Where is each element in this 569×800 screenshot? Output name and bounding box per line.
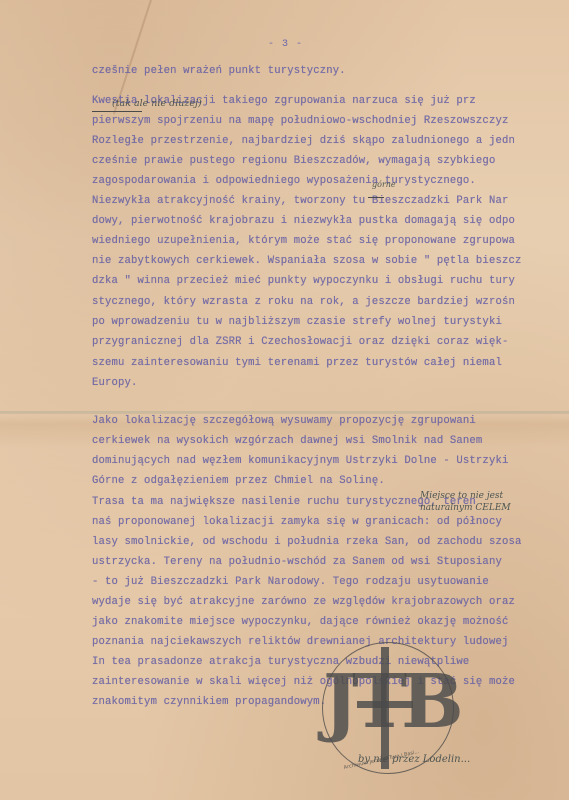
text-line: szemu zainteresowaniu tymi terenami prze… <box>92 357 502 369</box>
text-line: - to już Bieszczadzki Park Narodowy. Teg… <box>92 576 489 588</box>
text-line: zagospodarowania i odpowiedniego wyposaż… <box>92 175 476 187</box>
text-line: Rozległe przestrzenie, najbardziej dziś … <box>92 135 515 147</box>
text-line: dzka " winna przecież mieć punkty wypocz… <box>92 275 515 287</box>
handwritten-note: (tak ale nie dłużej) <box>112 98 202 109</box>
text-line: Jako lokalizację szczegółową wysuwamy pr… <box>92 415 476 427</box>
text-line: cześnie prawie pustego regionu Bieszczad… <box>92 155 495 167</box>
handwritten-underline <box>368 197 384 198</box>
text-line: poznania najciekawszych reliktów drewnia… <box>92 636 508 648</box>
text-line: pierwszym spojrzeniu na mapę południowo-… <box>92 115 508 127</box>
handwritten-underline <box>92 111 142 112</box>
text-line: po wprowadzeniu tu w najbliższym czasie … <box>92 316 502 328</box>
text-line: stycznego, który wzrasta z roku na rok, … <box>92 296 515 308</box>
text-line: Górne z odgałęzieniem przez Chmiel na So… <box>92 475 385 487</box>
handwritten-note: górne <box>372 180 396 189</box>
handwritten-note: Miejsce to nie jest <box>420 491 503 501</box>
page-number: - 3 - <box>268 39 303 50</box>
text-line: Europy. <box>92 377 138 389</box>
text-line: czešnie pełen wrażeń punkt turystyczny. <box>92 65 346 77</box>
text-line: cerkiewek na wysokich wzgórzach dawnej w… <box>92 435 482 447</box>
text-line: naś proponowanej lokalizacji zamyka się … <box>92 516 502 528</box>
text-line: Trasa ta ma największe nasilenie ruchu t… <box>92 496 476 508</box>
text-line: wydaje się być atrakcyjne zarówno ze wzg… <box>92 596 515 608</box>
text-line: wiedniego uzupełnienia, którym może stać… <box>92 235 515 247</box>
text-line: dowy, pierwotność krajobrazu i niezwykła… <box>92 215 515 227</box>
text-line: ustrzycka. Tereny na południo-wschód za … <box>92 556 502 568</box>
stamp-monogram: JTB <box>323 665 453 739</box>
text-line: znakomitym czynnikiem propagandowym. <box>92 696 326 708</box>
text-line: przygranicznej dla ZSRR i Czechosłowacji… <box>92 336 508 348</box>
archive-stamp: JTB Archiwum Jerzego Tura i Basi... <box>322 642 454 774</box>
text-line: lasy smolnickie, od wschodu i południa r… <box>92 536 521 548</box>
paper-fold-horizontal <box>0 411 569 414</box>
text-line: Niezwykła atrakcyjność krainy, tworzony … <box>92 195 508 207</box>
text-line: nie zabytkowych cerkiewek. Wspaniała szo… <box>92 255 521 267</box>
text-line: dominujących nad węzłem komunikacyjnym U… <box>92 455 508 467</box>
handwritten-note: naturalnym CELEM <box>420 503 511 513</box>
text-line: jako znakomite miejsce wypoczynku, dając… <box>92 616 508 628</box>
